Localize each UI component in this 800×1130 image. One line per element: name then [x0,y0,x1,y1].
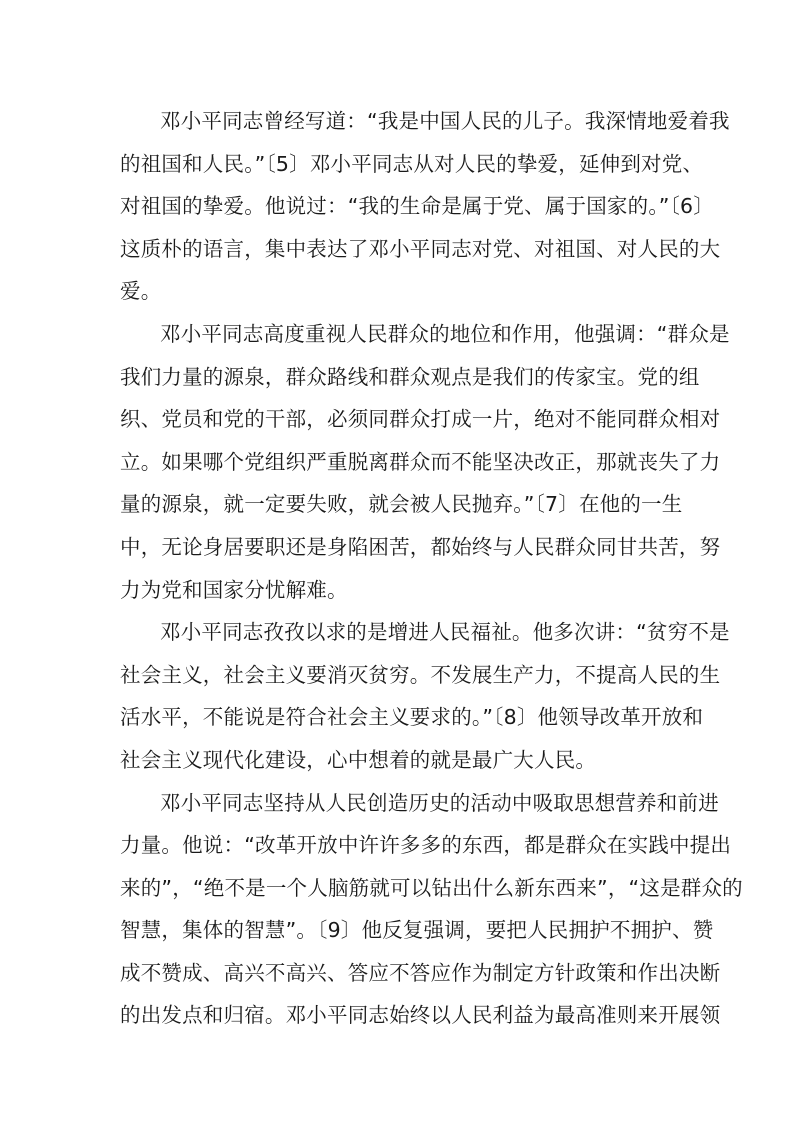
text-line: 邓小平同志孜孜以求的是增进人民福祉。他多次讲：“贫穷不是 [120,615,680,658]
text-line: 邓小平同志曾经写道：“我是中国人民的儿子。我深情地爱着我 [120,104,680,147]
paragraph-3: 邓小平同志孜孜以求的是增进人民福祉。他多次讲：“贫穷不是 社会主义，社会主义要消… [120,615,680,785]
text-line: 爱。 [120,274,680,317]
text-line: 的出发点和归宿。邓小平同志始终以人民利益为最高准则来开展领 [120,998,680,1041]
paragraph-4: 邓小平同志坚持从人民创造历史的活动中吸取思想营养和前进 力量。他说：“改革开放中… [120,786,680,1042]
text-line: 中，无论身居要职还是身陷困苦，都始终与人民群众同甘共苦，努 [120,530,680,573]
text-line: 量的源泉，就一定要失败，就会被人民抛弃。”〔7〕在他的一生 [120,487,680,530]
paragraph-1: 邓小平同志曾经写道：“我是中国人民的儿子。我深情地爱着我 的祖国和人民。”〔5〕… [120,104,680,317]
text-line: 社会主义，社会主义要消灭贫穷。不发展生产力，不提高人民的生 [120,658,680,701]
text-line: 立。如果哪个党组织严重脱离群众而不能坚决改正，那就丧失了力 [120,445,680,488]
text-line: 对祖国的挚爱。他说过：“我的生命是属于党、属于国家的。”〔6〕 [120,189,680,232]
text-line: 来的”，“绝不是一个人脑筋就可以钻出什么新东西来”，“这是群众的 [120,871,680,914]
text-line: 成不赞成、高兴不高兴、答应不答应作为制定方针政策和作出决断 [120,956,680,999]
text-line: 的祖国和人民。”〔5〕邓小平同志从对人民的挚爱，延伸到对党、 [120,147,680,190]
text-line: 力量。他说：“改革开放中许许多多的东西，都是群众在实践中提出 [120,828,680,871]
text-line: 邓小平同志坚持从人民创造历史的活动中吸取思想营养和前进 [120,786,680,829]
text-line: 力为党和国家分忧解难。 [120,573,680,616]
paragraph-2: 邓小平同志高度重视人民群众的地位和作用，他强调：“群众是 我们力量的源泉，群众路… [120,317,680,615]
document-page: 邓小平同志曾经写道：“我是中国人民的儿子。我深情地爱着我 的祖国和人民。”〔5〕… [120,104,680,1041]
text-line: 邓小平同志高度重视人民群众的地位和作用，他强调：“群众是 [120,317,680,360]
text-line: 社会主义现代化建设，心中想着的就是最广大人民。 [120,743,680,786]
text-line: 活水平，不能说是符合社会主义要求的。”〔8〕他领导改革开放和 [120,700,680,743]
text-line: 织、党员和党的干部，必须同群众打成一片，绝对不能同群众相对 [120,402,680,445]
text-line: 这质朴的语言，集中表达了邓小平同志对党、对祖国、对人民的大 [120,232,680,275]
text-line: 智慧，集体的智慧”。〔9〕他反复强调，要把人民拥护不拥护、赞 [120,913,680,956]
text-line: 我们力量的源泉，群众路线和群众观点是我们的传家宝。党的组 [120,360,680,403]
